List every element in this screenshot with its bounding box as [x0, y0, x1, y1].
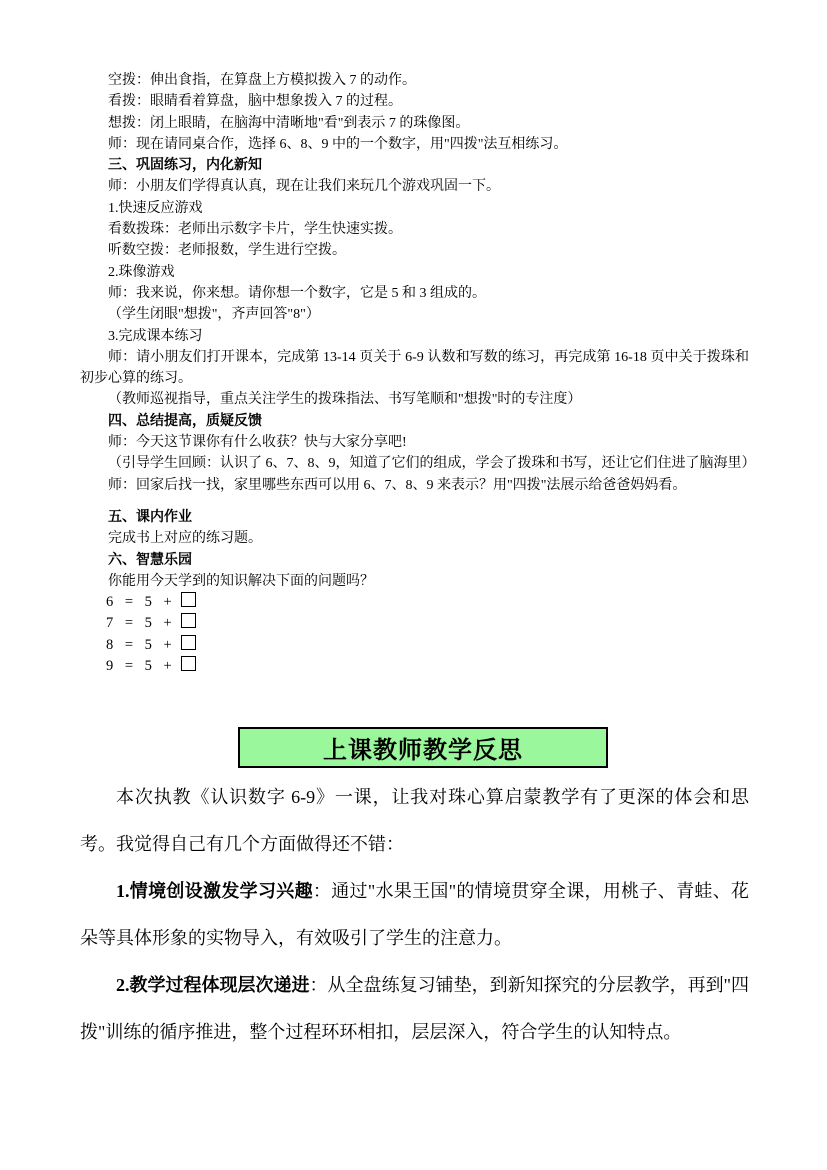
- equation-row: 6 = 5 +: [80, 592, 749, 613]
- equation-text: 6 = 5 +: [106, 594, 176, 610]
- answer-box-icon: [181, 635, 196, 650]
- paragraph: 想拨：闭上眼睛，在脑海中清晰地"看"到表示 7 的珠像图。: [80, 113, 749, 134]
- paragraph: 3.完成课本练习: [80, 326, 749, 347]
- paragraph: 师：请小朋友们打开课本，完成第 13-14 页关于 6-9 认数和写数的练习，再…: [80, 347, 749, 390]
- section-heading: 三、巩固练习，内化新知: [80, 155, 749, 176]
- section-heading: 四、总结提高，质疑反馈: [80, 411, 749, 432]
- paragraph: 师：今天这节课你有什么收获？快与大家分享吧!: [80, 432, 749, 453]
- paragraph: 完成书上对应的练习题。: [80, 528, 749, 549]
- equation-row: 7 = 5 +: [80, 613, 749, 634]
- document-page: 空拨：伸出食指，在算盘上方模拟拨入 7 的动作。看拨：眼睛看着算盘，脑中想象拨入…: [0, 0, 827, 1170]
- equation-text: 7 = 5 +: [106, 615, 176, 631]
- reflection-lead: 2.教学过程体现层次递进: [116, 975, 310, 995]
- reflection-title: 上课教师教学反思: [323, 730, 523, 765]
- reflection-lead: 1.情境创设激发学习兴趣: [116, 881, 313, 901]
- lesson-plan-body: 空拨：伸出食指，在算盘上方模拟拨入 7 的动作。看拨：眼睛看着算盘，脑中想象拨入…: [80, 70, 749, 592]
- equation-text: 8 = 5 +: [106, 637, 176, 653]
- paragraph: 你能用今天学到的知识解决下面的问题吗？: [80, 571, 749, 592]
- answer-box-icon: [181, 592, 196, 607]
- paragraph: 师：小朋友们学得真认真，现在让我们来玩几个游戏巩固一下。: [80, 176, 749, 197]
- answer-box-icon: [181, 656, 196, 671]
- section-heading: 五、课内作业: [80, 507, 749, 528]
- paragraph: 1.快速反应游戏: [80, 198, 749, 219]
- paragraph: （教师巡视指导，重点关注学生的拨珠指法、书写笔顺和"想拨"时的专注度）: [80, 389, 749, 410]
- paragraph: 2.珠像游戏: [80, 262, 749, 283]
- paragraph: 空拨：伸出食指，在算盘上方模拟拨入 7 的动作。: [80, 70, 749, 91]
- paragraph: 看数拨珠：老师出示数字卡片，学生快速实拨。: [80, 219, 749, 240]
- paragraph: （学生闭眼"想拨"，齐声回答"8"）: [80, 304, 749, 325]
- paragraph: 师：回家后找一找，家里哪些东西可以用 6、7、8、9 来表示？用"四拨"法展示给…: [80, 475, 749, 496]
- paragraph: 师：现在请同桌合作，选择 6、8、9 中的一个数字，用"四拨"法互相练习。: [80, 134, 749, 155]
- smart-exercise-list: 6 = 5 +7 = 5 +8 = 5 +9 = 5 +: [80, 592, 749, 677]
- reflection-paragraph: 本次执教《认识数字 6-9》一课，让我对珠心算启蒙教学有了更深的体会和思考。我觉…: [80, 774, 749, 868]
- reflection-title-box: 上课教师教学反思: [238, 727, 608, 768]
- paragraph: 师：我来说，你来想。请你想一个数字，它是 5 和 3 组成的。: [80, 283, 749, 304]
- equation-row: 9 = 5 +: [80, 656, 749, 677]
- equation-row: 8 = 5 +: [80, 635, 749, 656]
- paragraph: 听数空拨：老师报数，学生进行空拨。: [80, 240, 749, 261]
- reflection-paragraph: 2.教学过程体现层次递进：从全盘练复习铺垫，到新知探究的分层教学，再到"四拨"训…: [80, 962, 749, 1056]
- reflection-paragraph: 1.情境创设激发学习兴趣：通过"水果王国"的情境贯穿全课，用桃子、青蛙、花朵等具…: [80, 868, 749, 962]
- paragraph: 看拨：眼睛看着算盘，脑中想象拨入 7 的过程。: [80, 91, 749, 112]
- equation-text: 9 = 5 +: [106, 658, 176, 674]
- answer-box-icon: [181, 613, 196, 628]
- section-heading: 六、智慧乐园: [80, 550, 749, 571]
- reflection-body: 本次执教《认识数字 6-9》一课，让我对珠心算启蒙教学有了更深的体会和思考。我觉…: [80, 774, 749, 1056]
- paragraph: （引导学生回顾：认识了 6、7、8、9，知道了它们的组成，学会了拨珠和书写，还让…: [80, 453, 749, 474]
